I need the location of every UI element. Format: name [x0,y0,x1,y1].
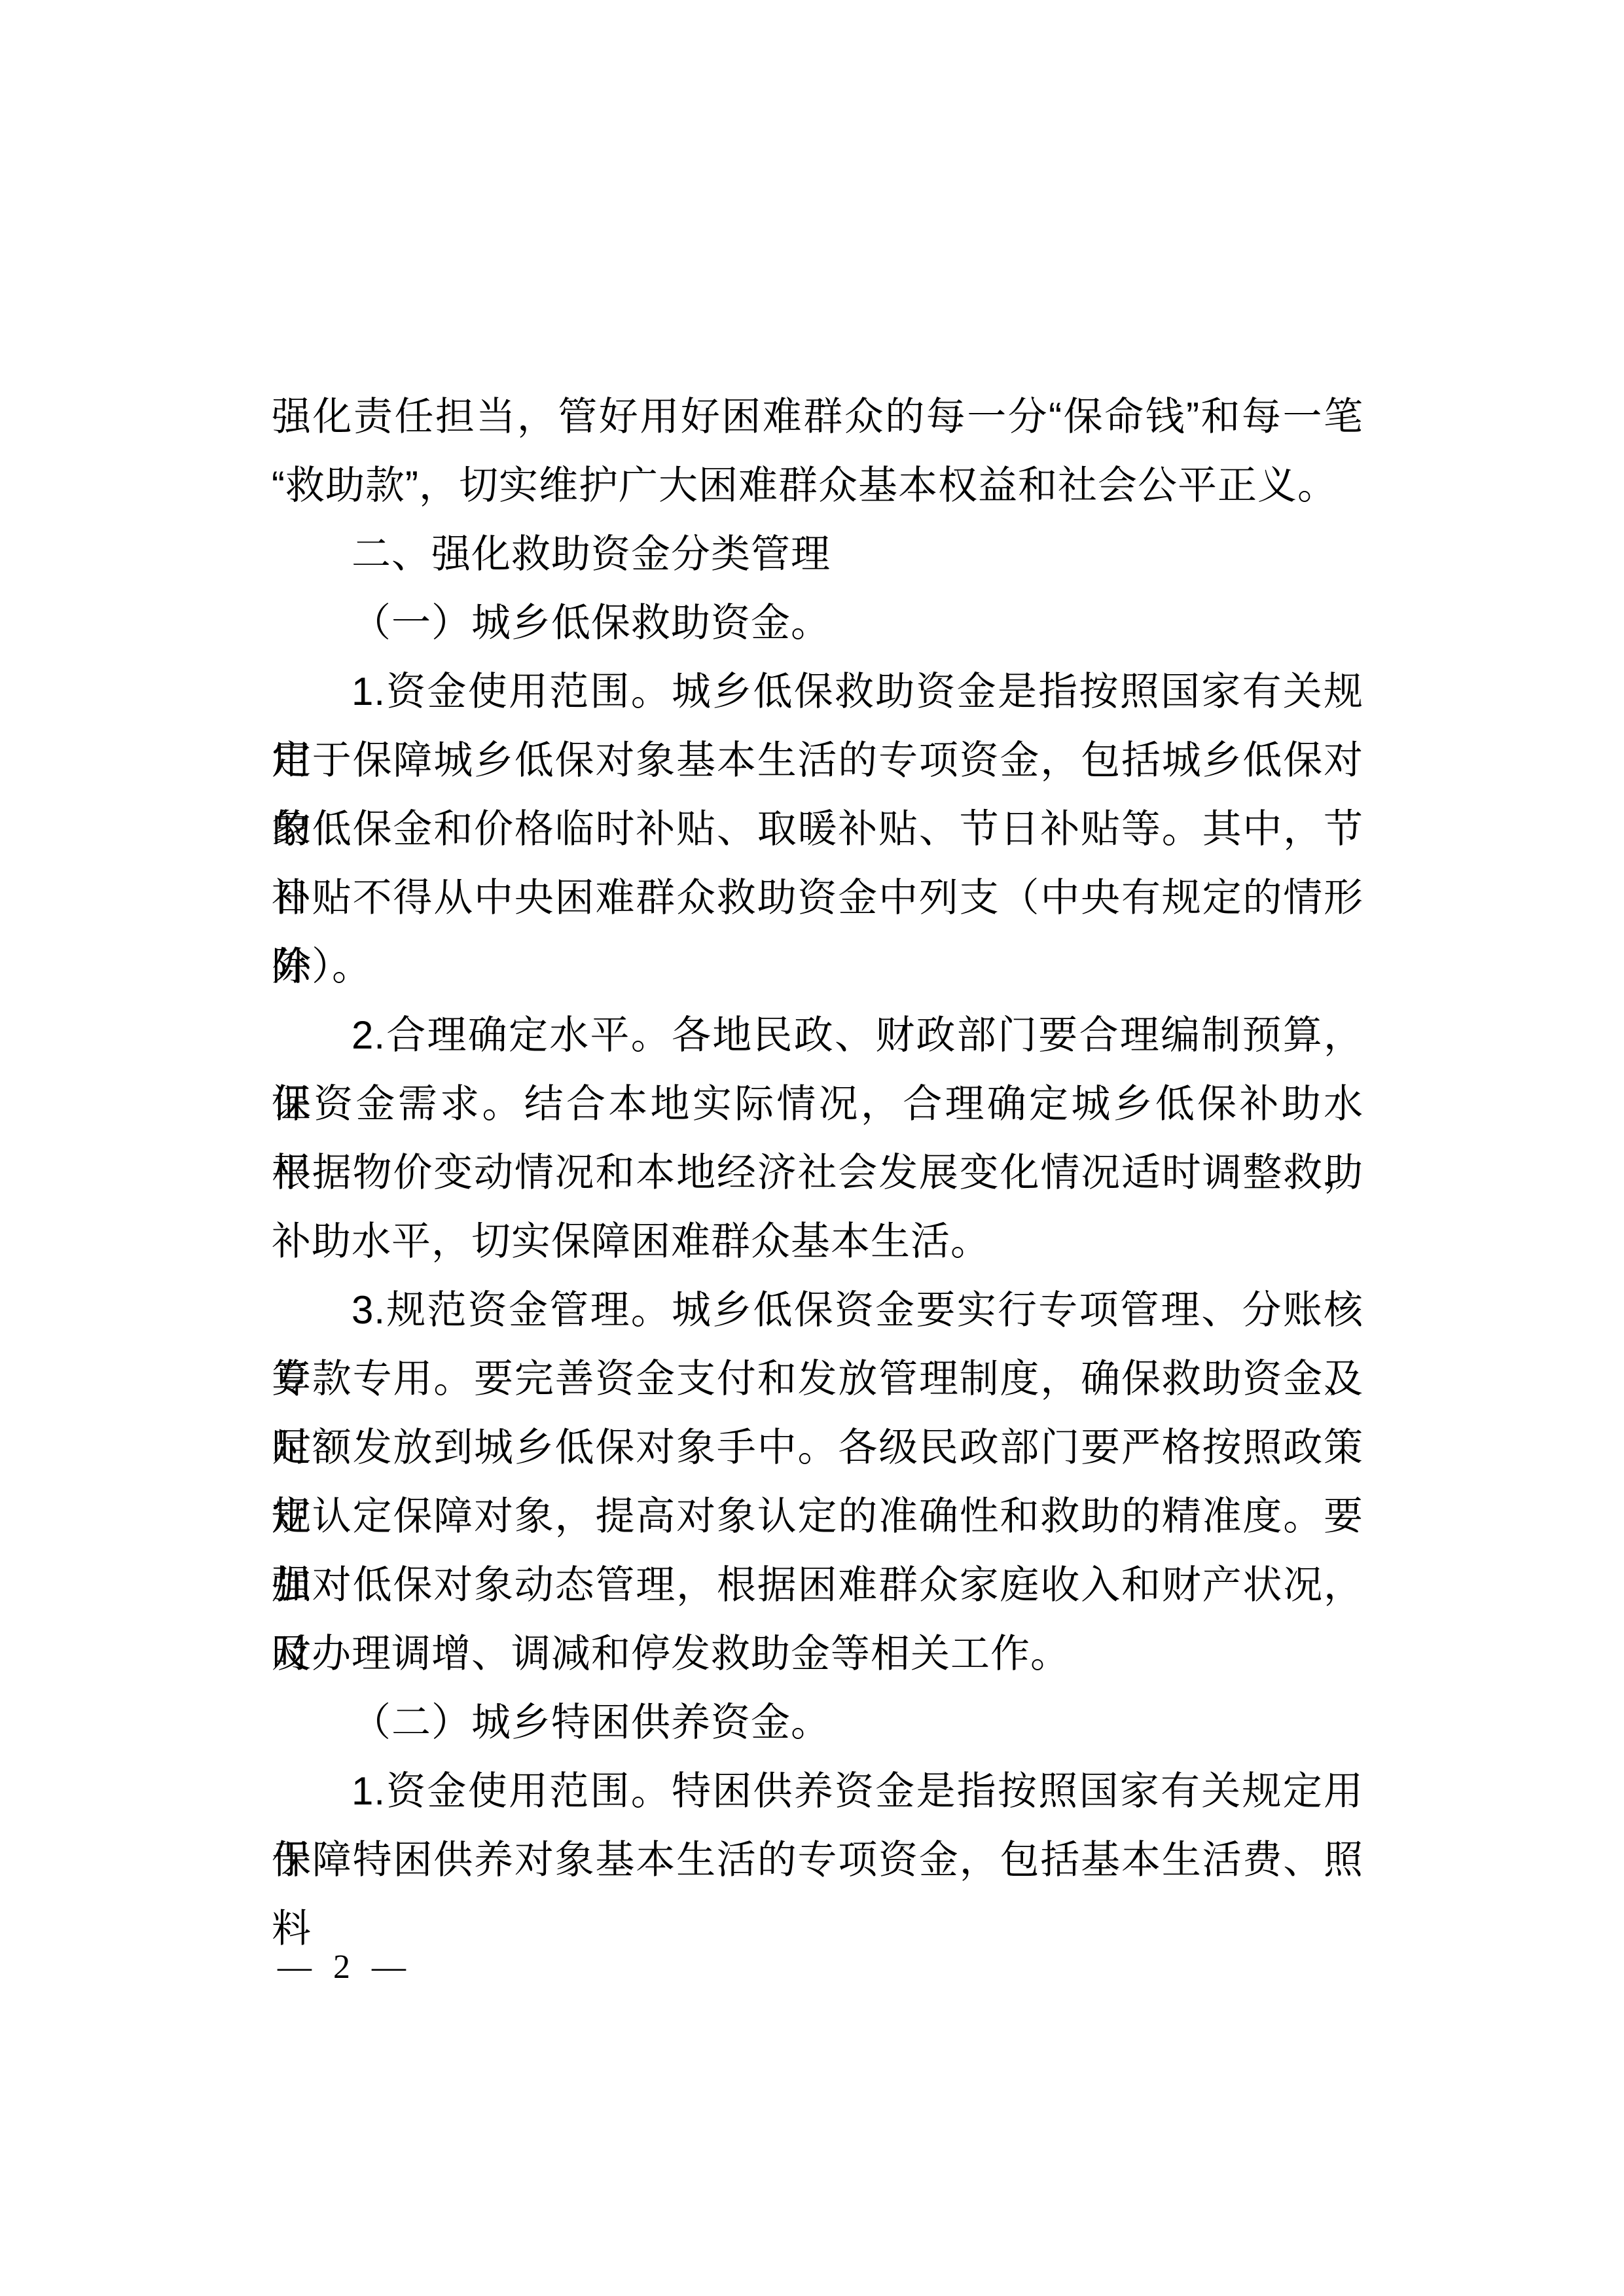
text-line: （一）城乡低保救助资金。 [272,588,1363,657]
text-line: 时办理调增、调减和停发救助金等相关工作。 [272,1619,1363,1688]
text-line: 保障特困供养对象基本生活的专项资金，包括基本生活费、照料 [272,1825,1363,1894]
text-line: 用于保障城乡低保对象基本生活的专项资金，包括城乡低保对象 [272,726,1363,795]
text-line: 1.资金使用范围。城乡低保救助资金是指按照国家有关规定 [272,657,1363,726]
text-line: 1.资金使用范围。特困供养资金是指按照国家有关规定用于 [272,1757,1363,1825]
document-body: 强化责任担当，管好用好困难群众的每一分“保命钱”和每一笔“救助款”，切实维护广大… [272,382,1363,1894]
text-line: 强化责任担当，管好用好困难群众的每一分“保命钱”和每一笔 [272,382,1363,451]
text-line: 证资金需求。结合本地实际情况，合理确定城乡低保补助水平， [272,1069,1363,1138]
text-line: 根据物价变动情况和本地经济社会发展变化情况适时调整救助 [272,1138,1363,1207]
text-line: 二、强化救助资金分类管理 [272,520,1363,588]
text-line: 足额发放到城乡低保对象手中。各级民政部门要严格按照政策规 [272,1413,1363,1482]
text-line: 2.合理确定水平。各地民政、财政部门要合理编制预算，保 [272,1001,1363,1069]
text-line: 3.规范资金管理。城乡低保资金要实行专项管理、分账核算、 [272,1276,1363,1344]
text-line: 外）。 [272,932,1363,1001]
text-line: 的低保金和价格临时补贴、取暖补贴、节日补贴等。其中，节日 [272,795,1363,863]
document-page: 强化责任担当，管好用好困难群众的每一分“保命钱”和每一笔“救助款”，切实维护广大… [0,0,1624,2296]
text-line: 补贴不得从中央困难群众救助资金中列支（中央有规定的情形除 [272,863,1363,932]
text-line: 专款专用。要完善资金支付和发放管理制度，确保救助资金及时 [272,1344,1363,1413]
text-line: 定认定保障对象，提高对象认定的准确性和救助的精准度。要加 [272,1482,1363,1551]
text-line: （二）城乡特困供养资金。 [272,1688,1363,1757]
page-number: — 2 — [278,1948,412,1986]
text-line: 补助水平，切实保障困难群众基本生活。 [272,1207,1363,1276]
text-line: 强对低保对象动态管理，根据困难群众家庭收入和财产状况，及 [272,1551,1363,1619]
text-line: “救助款”，切实维护广大困难群众基本权益和社会公平正义。 [272,451,1363,520]
